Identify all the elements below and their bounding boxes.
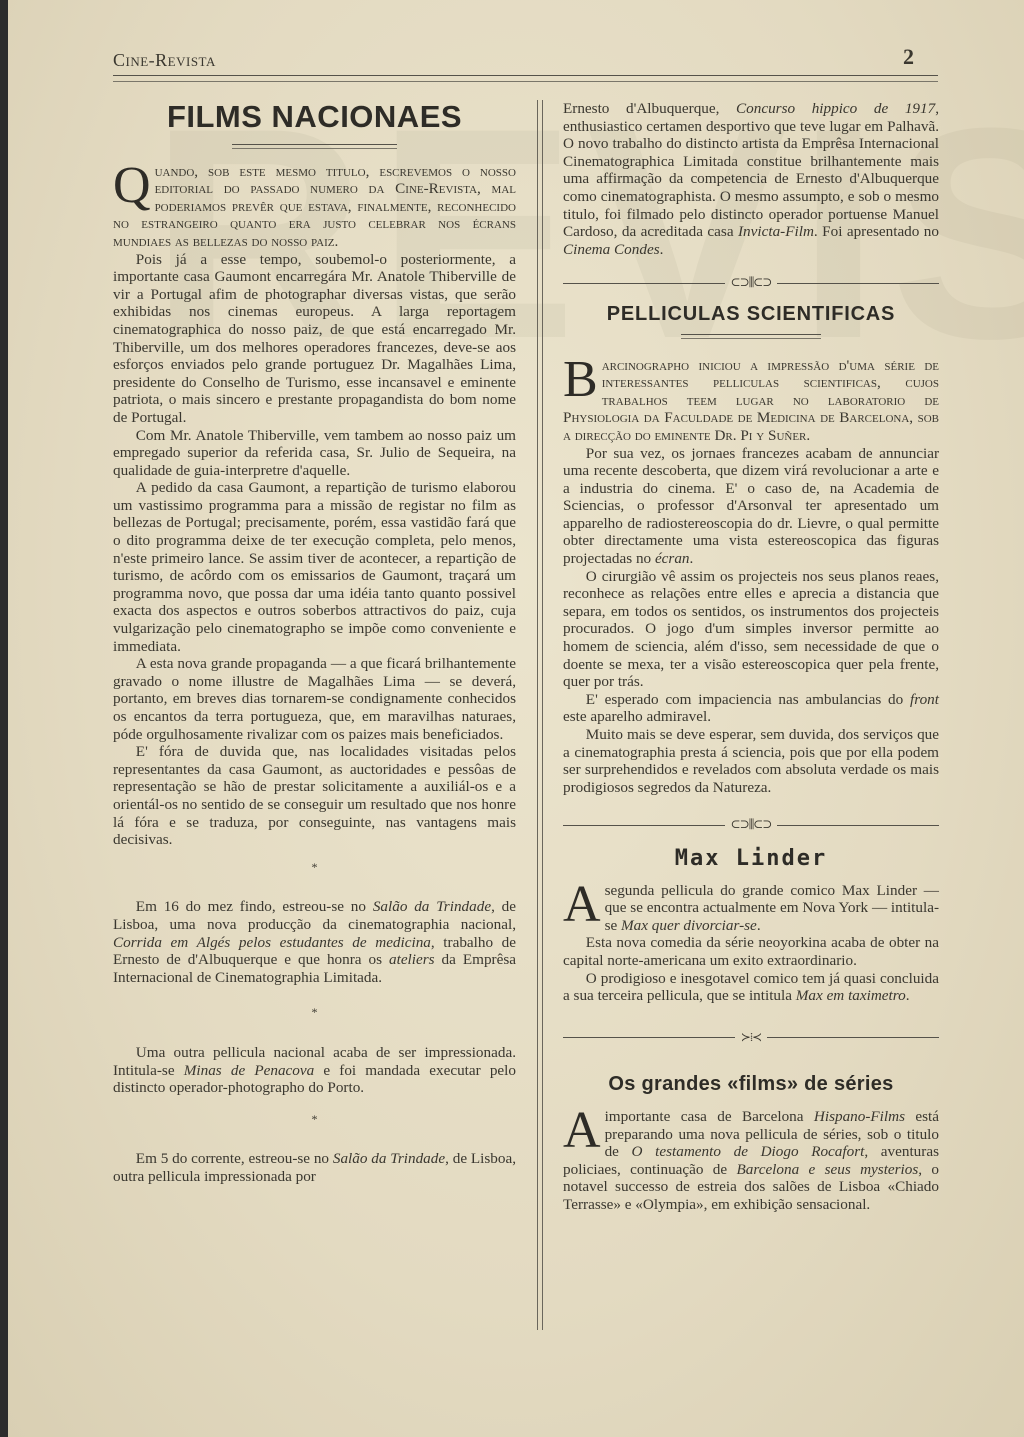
paragraph: Aimportante casa de Barcelona Hispano-Fi… — [563, 1108, 939, 1214]
paragraph: Quando, sob este mesmo titulo, escrevemo… — [113, 163, 516, 251]
paragraph: E' fóra de duvida que, nas localidades v… — [113, 743, 516, 849]
header-rule — [113, 75, 938, 82]
column-divider — [537, 100, 543, 1330]
paragraph: O cirurgião vê assim os projecteis nos s… — [563, 568, 939, 691]
drop-cap: Q — [113, 165, 151, 207]
drop-cap: A — [563, 1110, 601, 1152]
paragraph: Pois já a esse tempo, soubemol-o posteri… — [113, 251, 516, 427]
section-separator: * — [113, 1111, 516, 1129]
paragraph: Barcinographo iniciou a impressão d'uma … — [563, 357, 939, 445]
paragraph: Uma outra pellicula nacional acaba de se… — [113, 1044, 516, 1097]
section-separator: * — [113, 859, 516, 877]
ornamental-rule: ⊂⊃⫼⊂⊃ — [563, 816, 939, 834]
page-number: 2 — [903, 44, 914, 70]
ornamental-rule: ⊂⊃⫼⊂⊃ — [563, 274, 939, 292]
paragraph: Asegunda pellicula do grande comico Max … — [563, 882, 939, 935]
article-title-films-nacionaes: FILMS NACIONAES — [113, 108, 516, 126]
paragraph: A pedido da casa Gaumont, a repartição d… — [113, 479, 516, 655]
drop-cap: A — [563, 884, 601, 926]
ornamental-rule: ≻⁞≺ — [563, 1029, 939, 1047]
running-title: Cine-Revista — [113, 50, 216, 71]
left-column: FILMS NACIONAES Quando, sob este mesmo t… — [113, 100, 516, 1185]
right-column: Ernesto d'Albuquerque, Concurso hippico … — [563, 100, 939, 1213]
paragraph: A esta nova grande propaganda — a que fi… — [113, 655, 516, 743]
paragraph: E' esperado com impaciencia nas ambulanc… — [563, 691, 939, 726]
section-separator: * — [113, 1004, 516, 1022]
paragraph: O prodigioso e inesgotavel comico tem já… — [563, 970, 939, 1005]
ornament-icon: ⊂⊃⫼⊂⊃ — [731, 274, 772, 292]
paragraph: Em 5 do corrente, estreou-se no Salão da… — [113, 1150, 516, 1185]
paragraph: Por sua vez, os jornaes francezes acabam… — [563, 445, 939, 568]
ornament-icon: ⊂⊃⫼⊂⊃ — [731, 816, 772, 834]
article-title-max-linder: Max Linder — [563, 850, 939, 868]
paragraph: Em 16 do mez findo, estreou-se no Salão … — [113, 898, 516, 986]
article-title-pelliculas-scientificas: PELLICULAS SCIENTIFICAS — [563, 306, 939, 324]
paragraph: Ernesto d'Albuquerque, Concurso hippico … — [563, 100, 939, 258]
paragraph: Com Mr. Anatole Thiberville, vem tambem … — [113, 427, 516, 480]
paragraph: Esta nova comedia da série neoyorkina ac… — [563, 934, 939, 969]
paragraph: Muito mais se deve esperar, sem duvida, … — [563, 726, 939, 796]
article-title-os-grandes-films: Os grandes «films» de séries — [563, 1076, 939, 1094]
ornament-icon: ≻⁞≺ — [741, 1029, 761, 1047]
scan-edge — [0, 0, 8, 1437]
drop-cap: B — [563, 359, 598, 401]
